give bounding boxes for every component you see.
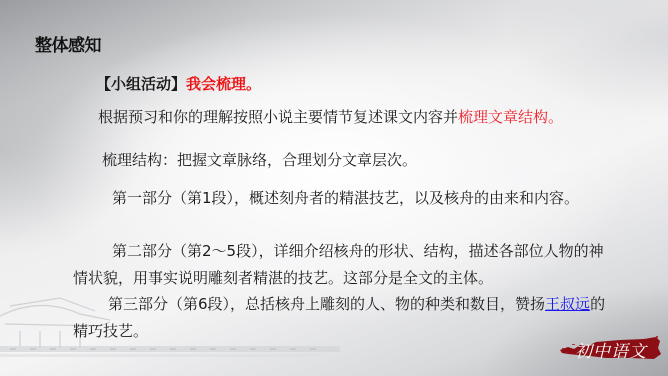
activity-bracket-label: 【小组活动】 (96, 75, 186, 93)
badge-label: 初中语文 (575, 337, 647, 362)
part-three-text: 第三部分（第6段），总括核舟上雕刻的人、物的种类和数目，赞扬 (108, 295, 545, 313)
part-one-paragraph: 第一部分（第1段），概述刻舟者的精湛技艺，以及核舟的由来和内容。 (73, 185, 613, 212)
activity-highlight: 我会梳理。 (186, 75, 261, 93)
instruction-highlight: 梳理文章结构。 (458, 108, 563, 126)
activity-heading: 【小组活动】我会梳理。 (96, 73, 261, 94)
slide-title: 整体感知 (35, 31, 101, 56)
wang-shuyuan-link[interactable]: 王叔远 (545, 295, 590, 313)
part-three-paragraph: 第三部分（第6段），总括核舟上雕刻的人、物的种类和数目，赞扬王叔远的精巧技艺。 (73, 291, 613, 345)
instruction-text: 根据预习和你的理解按照小说主要情节复述课文内容并 (98, 108, 458, 126)
instruction-line: 根据预习和你的理解按照小说主要情节复述课文内容并梳理文章结构。 (98, 106, 563, 127)
part-two-paragraph: 第二部分（第2～5段），详细介绍核舟的形状、结构，描述各部位人物的神情状貌，用事… (73, 238, 613, 292)
structure-note: 梳理结构：把握文章脉络，合理划分文章层次。 (102, 149, 417, 170)
